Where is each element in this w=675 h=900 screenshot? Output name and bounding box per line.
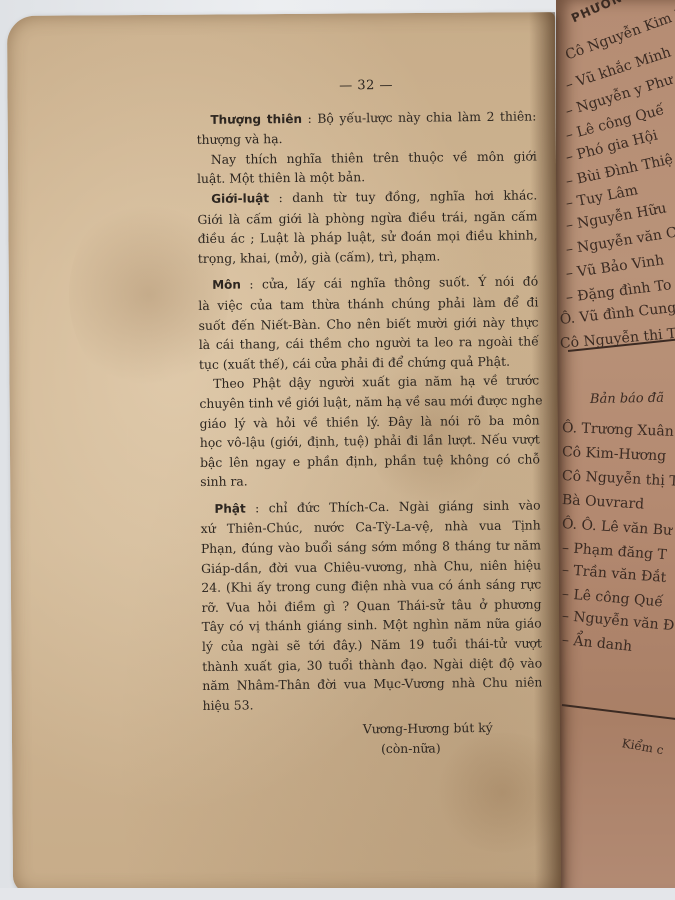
defined-term: Môn <box>212 278 241 292</box>
list-item: – Trần văn Đắt <box>561 562 666 586</box>
table-edge <box>0 888 675 900</box>
list-item: Kiểm c <box>621 736 665 757</box>
list-item: – Vũ Bảo Vinh <box>565 252 665 282</box>
list-item: Cô Kim-Hương <box>562 444 667 464</box>
list-item: Ô. Ô. Lê văn Bư <box>561 516 672 539</box>
list-item: Ô. Trương Xuân <box>562 420 674 440</box>
defined-term: Giới-luật <box>211 191 269 206</box>
text-line: Nay thích nghĩa thiên trên thuộc về môn … <box>197 146 537 169</box>
text-line: điều ác ; Luật là pháp luật, sử đoán mọi… <box>198 226 538 249</box>
author-signature: Vương-Hương bút ký <box>203 718 543 741</box>
text-line: hiệu 53. <box>202 692 542 715</box>
paragraph: Môn : cửa, lấy cái nghĩa thông suốt. Ý n… <box>198 272 539 375</box>
list-item: Bà Ouvrard <box>562 492 645 513</box>
defined-term: Thượng thiên <box>210 111 302 126</box>
page-number: — 32 — <box>196 74 536 97</box>
paragraph: Phật : chỉ đức Thích-Ca. Ngài giáng sinh… <box>200 495 542 715</box>
text-line: năm Nhâm-Thân đời vua Mục-Vương nhà Chu … <box>202 673 542 696</box>
paragraph: Theo Phật dậy người xuất gia năm hạ về t… <box>199 371 540 492</box>
list-item: – Phạm đăng T <box>561 540 667 563</box>
text-line: bậc lên ngay e phần định, phần tuệ không… <box>200 449 540 472</box>
paragraph-list: Thượng thiên : Bộ yếu-lược này chia làm … <box>196 106 542 715</box>
list-item: Bản báo đã <box>590 391 664 407</box>
paragraph: Thượng thiên : Bộ yếu-lược này chia làm … <box>196 106 536 150</box>
divider <box>562 704 675 721</box>
continued-note: (còn-nữa) <box>203 737 543 760</box>
text-line: Thượng thiên : Bộ yếu-lược này chia làm … <box>196 106 536 130</box>
paragraph: Giới-luật : danh từ tuy đồng, nghĩa hơi … <box>197 185 538 268</box>
page-text: — 32 — Thượng thiên : Bộ yếu-lược này ch… <box>196 74 543 760</box>
paragraph: Nay thích nghĩa thiên trên thuộc về môn … <box>197 146 537 189</box>
defined-term: Phật <box>214 501 245 515</box>
list-item: – Ẩn danh <box>561 632 633 655</box>
list-item: Cô Nguyễn thị T <box>562 468 675 490</box>
list-item: – Lê công Quế <box>561 586 663 610</box>
list-item: – Nguyễn văn Đ <box>561 608 675 634</box>
photo-scene: — 32 — Thượng thiên : Bộ yếu-lược này ch… <box>0 0 675 900</box>
text-line: Giới-luật : danh từ tuy đồng, nghĩa hơi … <box>197 185 537 209</box>
right-page-text: PHƯƠNG DCô Nguyễn Kim M– Vũ khắc Minh– N… <box>560 0 675 900</box>
